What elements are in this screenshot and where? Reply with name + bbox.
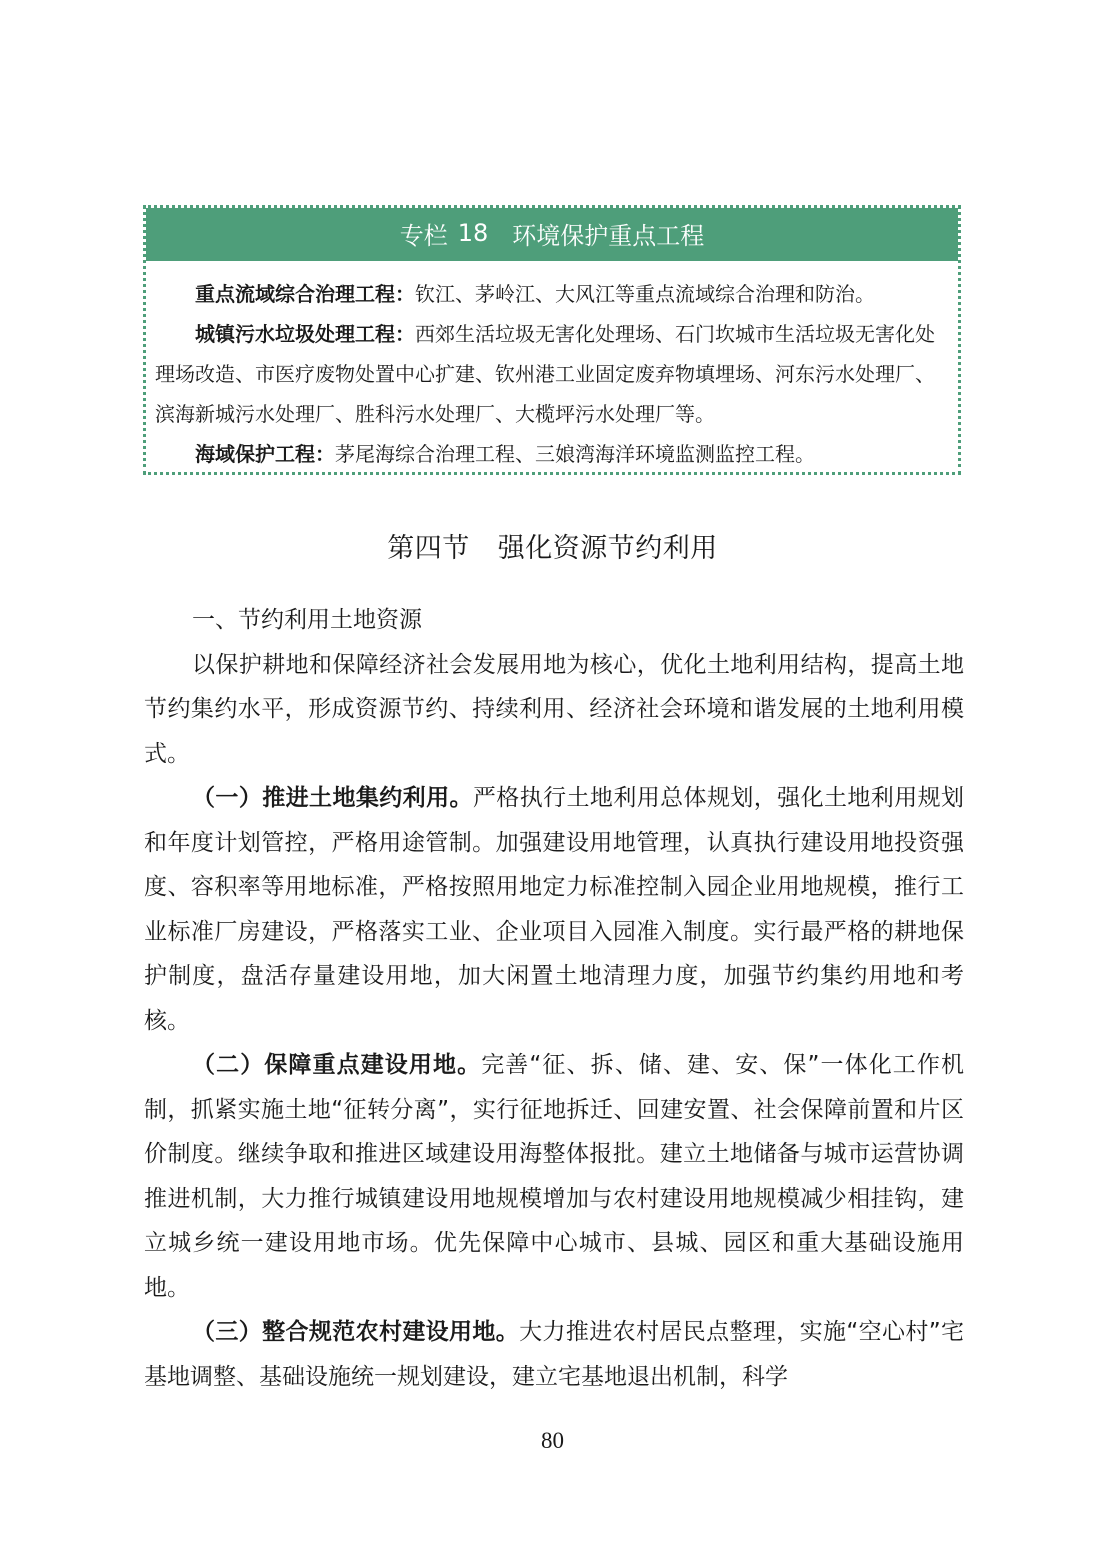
paragraph-heading: （二）保障重点建设用地。 <box>192 1052 481 1078</box>
feature-item-text: 钦江、茅岭江、大风江等重点流域综合治理和防治。 <box>415 282 875 306</box>
paragraph-text: 完善“征、拆、储、建、安、保”一体化工作机制，抓紧实施土地“征转分离”，实行征地… <box>144 1052 964 1301</box>
paragraph-heading: （一）推进土地集约利用。 <box>192 785 473 811</box>
section-title: 第四节强化资源节约利用 <box>0 526 1105 565</box>
paragraph-text: 严格执行土地利用总体规划，强化土地利用规划和年度计划管控，严格用途管制。加强建设… <box>144 785 964 1034</box>
section-heading: 强化资源节约利用 <box>498 533 718 564</box>
feature-item: 城镇污水垃圾处理工程：西郊生活垃圾无害化处理场、石门坎城市生活垃圾无害化处理场改… <box>155 314 949 434</box>
section-number: 第四节 <box>387 533 470 564</box>
body-paragraph: （三）整合规范农村建设用地。大力推进农村居民点整理，实施“空心村”宅基地调整、基… <box>144 1310 964 1399</box>
feature-box-title: 环境保护重点工程 <box>512 216 704 251</box>
feature-item-heading: 重点流域综合治理工程： <box>195 282 415 306</box>
body-paragraph: （一）推进土地集约利用。严格执行土地利用总体规划，强化土地利用规划和年度计划管控… <box>144 776 964 1043</box>
feature-box-body: 重点流域综合治理工程：钦江、茅岭江、大风江等重点流域综合治理和防治。 城镇污水垃… <box>155 274 949 474</box>
page-number: 80 <box>0 1428 1105 1454</box>
feature-item-heading: 城镇污水垃圾处理工程： <box>195 322 415 346</box>
feature-item: 海域保护工程：茅尾海综合治理工程、三娘湾海洋环境监测监控工程。 <box>155 434 949 474</box>
feature-box-number: 18 <box>458 219 489 247</box>
body-paragraph: （二）保障重点建设用地。完善“征、拆、储、建、安、保”一体化工作机制，抓紧实施土… <box>144 1043 964 1310</box>
intro-paragraph: 以保护耕地和保障经济社会发展用地为核心，优化土地利用结构，提高土地节约集约水平，… <box>144 643 964 777</box>
subsection-title: 一、节约利用土地资源 <box>144 598 964 643</box>
main-content: 一、节约利用土地资源 以保护耕地和保障经济社会发展用地为核心，优化土地利用结构，… <box>144 598 964 1399</box>
feature-item: 重点流域综合治理工程：钦江、茅岭江、大风江等重点流域综合治理和防治。 <box>155 274 949 314</box>
feature-box-header: 专栏 18 环境保护重点工程 <box>146 208 958 261</box>
feature-item-text: 茅尾海综合治理工程、三娘湾海洋环境监测监控工程。 <box>335 442 815 466</box>
paragraph-heading: （三）整合规范农村建设用地。 <box>192 1319 519 1345</box>
feature-box: 专栏 18 环境保护重点工程 重点流域综合治理工程：钦江、茅岭江、大风江等重点流… <box>143 205 961 475</box>
feature-item-heading: 海域保护工程： <box>195 442 335 466</box>
feature-box-label: 专栏 <box>400 216 448 251</box>
